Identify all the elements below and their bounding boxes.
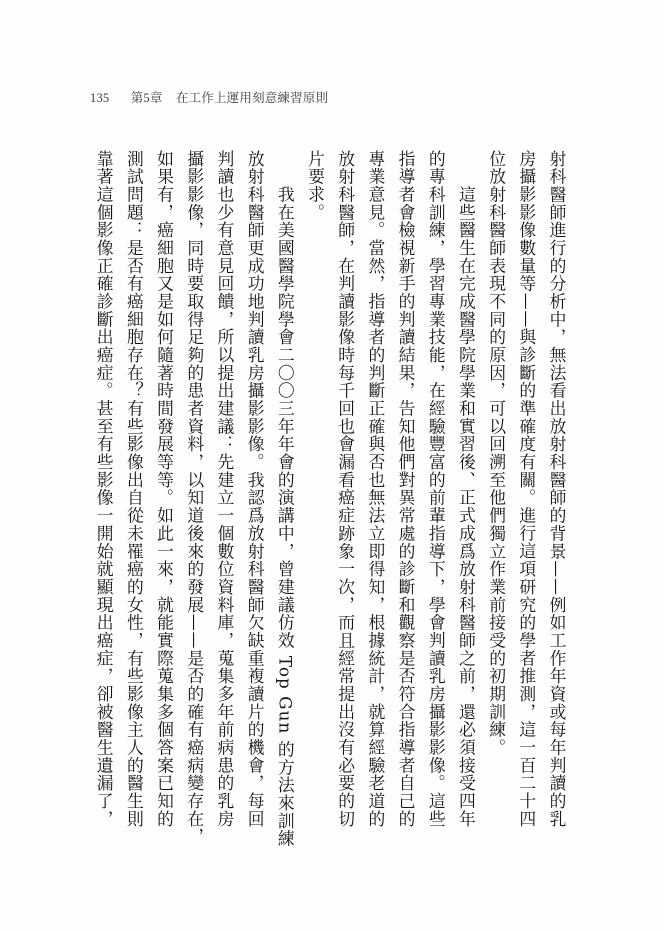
chapter-label: 第5章	[131, 88, 163, 106]
text-column-5: 的專科訓練，學習專業技能，在經驗豐富的前輩指導下，學會判讀乳房攝影影像。這些	[421, 150, 451, 840]
text-column-16: 靠著這個影像正確診斷出癌症。甚至有些影像一開始就顯現出癌症，卻被醫生遺漏了，	[89, 150, 119, 840]
text-column-4: 這些醫生在完成醫學院學業和實習後、正式成爲放射科醫師之前，還必須接受四年	[451, 150, 481, 840]
text-column-1: 射科醫師進行的分析中，無法看出放射科醫師的背景——例如工作年資或每年判讀的乳	[542, 150, 572, 840]
text-column-14: 如果有，癌細胞又是如何隨著時間發展等等。如此一來，就能實際蒐集多個答案已知的	[149, 150, 179, 840]
page-number: 135	[90, 91, 109, 106]
text-column-15: 測試問題：是否有癌細胞存在？有些影像出自從未罹癌的女性，有些影像主人的醫生則	[119, 150, 149, 840]
body-text: 射科醫師進行的分析中，無法看出放射科醫師的背景——例如工作年資或每年判讀的乳 房…	[89, 150, 572, 840]
text-column-9: 片要求。	[300, 150, 330, 840]
book-page: 135 第5章 在工作上運用刻意練習原則 射科醫師進行的分析中，無法看出放射科醫…	[0, 0, 663, 932]
text-column-6: 指導者會檢視新手的判讀結果，告知他們對異常處的診斷和觀察是否符合指導者自己的	[391, 150, 421, 840]
text-column-11: 放射科醫師更成功地判讀乳房攝影影像。我認爲放射科醫師欠缺重複讀片的機會，每回	[240, 150, 270, 840]
text-column-2: 房攝影影像數量等——與診斷的準確度有關。進行這項研究的學者推測，這一百二十四	[512, 150, 542, 840]
text-column-7: 專業意見。當然，指導者的判斷正確與否也無法立即得知，根據統計，就算經驗老道的	[361, 150, 391, 840]
text-column-13: 攝影影像，同時要取得足夠的患者資料，以知道後來的發展——是否的確有癌病變存在，	[180, 150, 210, 840]
text-column-12: 判讀也少有意見回饋，所以提出建議：先建立一個數位資料庫，蒐集多年前病患的乳房	[210, 150, 240, 840]
running-head: 135 第5章 在工作上運用刻意練習原則	[90, 88, 328, 106]
text-column-8: 放射科醫師，在判讀影像時每千回也會漏看癌症跡象一次，而且經常提出沒有必要的切	[331, 150, 361, 840]
text-column-3: 位放射科醫師表現不同的原因，可以回溯至他們獨立作業前接受的初期訓練。	[481, 150, 511, 840]
text-column-10: 我在美國醫學院學會二〇〇三年年會的演講中，曾建議仿效 Top Gun 的方法來訓…	[270, 150, 300, 840]
chapter-title: 在工作上運用刻意練習原則	[176, 88, 328, 106]
